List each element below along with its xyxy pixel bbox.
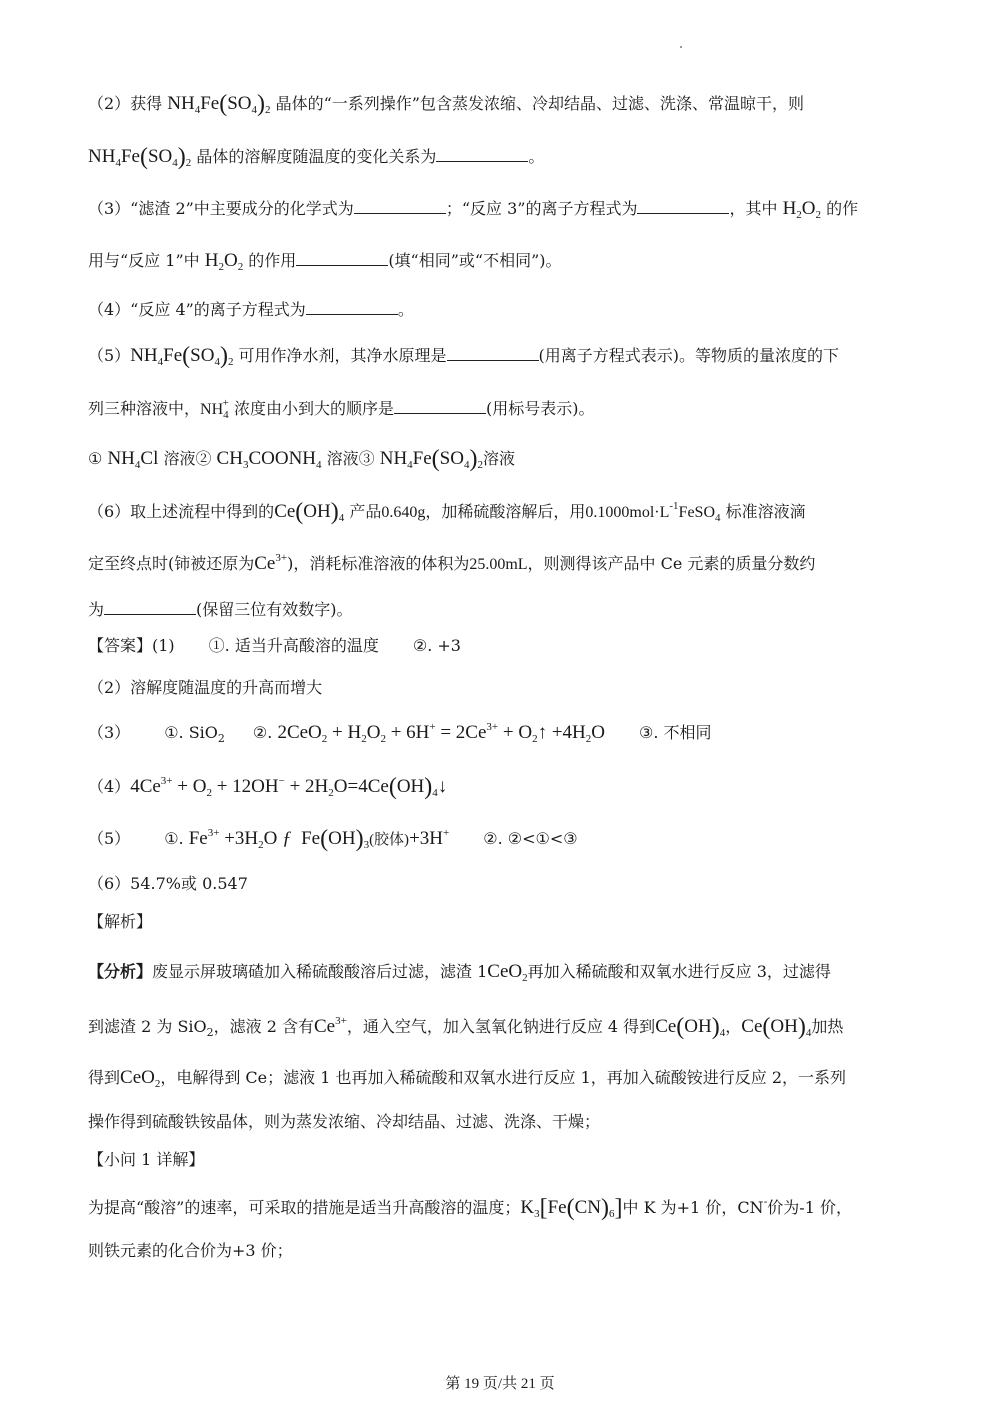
q5-line2-b: 浓度由小到大的顺序是: [234, 399, 394, 418]
q3-prefix: （3）“滤渣 2”中主要成分的化学式为: [88, 199, 354, 218]
formula-ce-oh-4: Ce(OH)4: [655, 1016, 725, 1037]
scan-artifact: [680, 46, 682, 48]
detail-1-header: 【小问 1 详解】: [88, 1152, 204, 1168]
answer-blank[interactable]: [436, 147, 528, 162]
detail-1-line-1: 为提高“酸溶”的速率，可采取的措施是适当升高酸溶的温度；K3[Fe(CN)6]中…: [88, 1196, 852, 1220]
question-6-line-3: 为(保留三位有效数字)。: [88, 600, 353, 618]
answer-1-part-2: ②. +3: [413, 636, 461, 655]
formula-h2o2: H2O2: [783, 198, 821, 219]
q3-mid-2: ，其中: [729, 199, 777, 218]
formula-nh4cl: NH4Cl: [107, 448, 158, 469]
formula-ch3coonh4: CH3COONH4: [217, 448, 322, 469]
detail-text: 则铁元素的化合价为+3 价；: [88, 1241, 293, 1260]
volume-value: 25.00mL: [469, 556, 527, 573]
analysis-line-3: 得到CeO2，电解得到 Ce；滤液 1 也再加入稀硫酸和双氧水进行反应 1，再加…: [88, 1068, 846, 1090]
q4-text: （4）“反应 4”的离子方程式为: [88, 300, 306, 319]
q5-prefix: （5）: [88, 346, 130, 365]
answer-1: 【答案】(1)①. 适当升高酸溶的温度②. +3: [88, 638, 461, 654]
formula-k3fe-cn-6: K3[Fe(CN)6]: [520, 1197, 622, 1218]
period: 。: [398, 300, 414, 319]
answer-blank[interactable]: [447, 346, 539, 361]
question-5-line-2: 列三种溶液中，NH4+ 浓度由小到大的顺序是(用标号表示)。: [88, 398, 594, 421]
analysis-line-1: 【分析】废显示屏玻璃碴加入稀硫酸酸溶后过滤，滤渣 1CeO2再加入稀硫酸和双氧水…: [88, 962, 831, 984]
q3-end-1: 的作: [826, 199, 858, 218]
concentration-value: 0.1000mol·L-1FeSO4: [585, 504, 720, 521]
period: 。: [528, 147, 544, 166]
analysis-text: ，滤液 2 含有: [214, 1017, 314, 1036]
formula-ce3plus: Ce3+: [254, 553, 287, 574]
q6-line2-a: 定至终点时(铈被还原为: [88, 554, 254, 573]
formula-nh4fe-so4-2: NH4Fe(SO4)2: [88, 146, 191, 167]
q6-prefix: （6）取上述流程中得到的: [88, 502, 274, 521]
analysis-text: 操作得到硫酸铁铵晶体，则为蒸发浓缩、冷却结晶、过滤、洗涤、干燥；: [88, 1112, 600, 1131]
answer-2-text: （2）溶解度随温度的升高而增大: [88, 678, 322, 697]
analysis-text: 加热: [811, 1017, 843, 1036]
detail-header-text: 【小问 1 详解】: [88, 1150, 204, 1169]
answer-6-text: （6）54.7%或 0.547: [88, 874, 248, 893]
analysis-text: ，电解得到 Ce；滤液 1 也再加入稀硫酸和双氧水进行反应 1，再加入硫酸铵进行…: [160, 1068, 846, 1087]
answer-label: 【答案】(1): [88, 636, 175, 655]
formula-nh4fe-so4-2: NH4Fe(SO4)2: [380, 448, 483, 469]
formula-nh4fe-so4-2: NH4Fe(SO4)2: [167, 93, 270, 114]
q6-line3-a: 为: [88, 600, 104, 619]
answer-3-part-3: ③. 不相同: [639, 723, 712, 742]
equation-reaction-4: 4Ce3+ + O2 + 12OH− + 2H2O=4Ce(OH)4↓: [130, 776, 447, 797]
question-5-line-1: （5）NH4Fe(SO4)2 可用作净水剂，其净水原理是(用离子方程式表示)。等…: [88, 344, 839, 368]
analysis-text: ，: [725, 1017, 741, 1036]
question-3-line-2: 用与“反应 1”中 H2O2 的作用(填“相同”或“不相同”)。: [88, 251, 562, 273]
question-2-line-2: NH4Fe(SO4)2 晶体的溶解度随温度的变化关系为。: [88, 145, 544, 169]
q6-line2-b: )，消耗标准溶液的体积为: [287, 554, 469, 573]
conc-text: 0.1000mol·L: [585, 504, 669, 521]
analysis-label: 【分析】: [88, 962, 152, 981]
answer-blank[interactable]: [354, 199, 446, 214]
q6-text: 标准溶液滴: [726, 502, 806, 521]
equation-hydrolysis: Fe3+ +3H2O ƒ Fe(OH)3(胶体)+3H+: [189, 828, 450, 849]
question-6-line-1: （6）取上述流程中得到的Ce(OH)4 产品0.640g，加稀硫酸溶解后，用0.…: [88, 500, 806, 524]
q3-line2-a: 用与“反应 1”中: [88, 251, 200, 270]
analysis-header-text: 【解析】: [88, 912, 152, 931]
formula-ce3plus: Ce3+: [314, 1016, 347, 1037]
equation-reaction-3: 2CeO2 + H2O2 + 6H+ = 2Ce3+ + O2↑ +4H2O: [277, 722, 605, 743]
question-4: （4）“反应 4”的离子方程式为。: [88, 300, 414, 318]
answer-3-part-1: ①. SiO: [164, 723, 218, 742]
q2-text-2: 晶体的溶解度随温度的变化关系为: [196, 147, 436, 166]
answer-3: （3）①. SiO2②. 2CeO2 + H2O2 + 6H+ = 2Ce3+ …: [88, 722, 712, 745]
detail-text: 中 K 为+1 价，CN: [623, 1198, 764, 1217]
option-label: 溶液: [483, 449, 515, 468]
formula-ceo2: CeO2: [487, 961, 527, 982]
answer-4-label: （4）: [88, 777, 130, 796]
analysis-text: ，通入空气，加入氢氧化钠进行反应 4 得到: [347, 1017, 655, 1036]
answer-blank[interactable]: [306, 300, 398, 315]
page-footer: 第 19 页/共 21 页: [0, 1372, 1000, 1393]
answer-2: （2）溶解度随温度的升高而增大: [88, 680, 322, 696]
q5-line2-a: 列三种溶液中，: [88, 399, 200, 418]
q5-text-1: 可用作净水剂，其净水原理是: [239, 346, 447, 365]
q5-text-2: (用离子方程式表示)。等物质的量浓度的下: [539, 346, 840, 365]
mass-value: 0.640g: [381, 504, 425, 521]
q6-line3-b: (保留三位有效数字)。: [196, 600, 353, 619]
analysis-text: 到滤渣 2 为 SiO: [88, 1017, 207, 1036]
answer-blank[interactable]: [637, 199, 729, 214]
q3-line2-c: (填“相同”或“不相同”)。: [388, 251, 561, 270]
q5-line2-c: (用标号表示)。: [486, 399, 595, 418]
answer-3-part-2: ②.: [253, 723, 272, 742]
detail-1-line-2: 则铁元素的化合价为+3 价；: [88, 1243, 293, 1259]
question-2-line-1: （2）获得 NH4Fe(SO4)2 晶体的“一系列操作”包含蒸发浓缩、冷却结晶、…: [88, 92, 804, 116]
question-5-options: ① NH4Cl 溶液② CH3COONH4 溶液③ NH4Fe(SO4)2溶液: [88, 447, 515, 471]
option-marker: ①: [88, 449, 102, 468]
answer-4: （4）4Ce3+ + O2 + 12OH− + 2H2O=4Ce(OH)4↓: [88, 775, 447, 799]
answer-5-label: （5）: [88, 829, 130, 848]
answer-6: （6）54.7%或 0.547: [88, 876, 248, 892]
formula-h2o2: H2O2: [205, 250, 243, 271]
answer-3-label: （3）: [88, 723, 130, 742]
analysis-header: 【解析】: [88, 914, 152, 930]
q2-prefix: （2）获得: [88, 94, 162, 113]
question-3-line-1: （3）“滤渣 2”中主要成分的化学式为；“反应 3”的离子方程式为，其中 H2O…: [88, 199, 858, 221]
answer-blank[interactable]: [104, 600, 196, 615]
answer-1-part-1: ①. 适当升高酸溶的温度: [209, 636, 379, 655]
analysis-text: 得到: [88, 1068, 120, 1087]
analysis-text: 再加入稀硫酸和双氧水进行反应 3，过滤得: [528, 962, 831, 981]
answer-blank[interactable]: [394, 399, 486, 414]
answer-5-part-2: ②. ②<①<③: [483, 829, 577, 848]
analysis-text: 废显示屏玻璃碴加入稀硫酸酸溶后过滤，滤渣 1: [152, 962, 487, 981]
formula-nh4fe-so4-2: NH4Fe(SO4)2: [130, 345, 233, 366]
question-6-line-2: 定至终点时(铈被还原为Ce3+)，消耗标准溶液的体积为25.00mL，则测得该产…: [88, 553, 815, 573]
answer-5-part-1: ①.: [164, 829, 183, 848]
formula-ce-oh-4: Ce(OH)4: [741, 1016, 811, 1037]
formula-ceo2: CeO2: [120, 1067, 160, 1088]
q6-line2-c: ，则测得该产品中 Ce 元素的质量分数约: [528, 554, 816, 573]
detail-text: 为提高“酸溶”的速率，可采取的措施是适当升高酸溶的温度；: [88, 1198, 520, 1217]
formula-nh4-plus: NH4+: [200, 401, 229, 418]
q6-text: ，加稀硫酸溶解后，用: [425, 502, 585, 521]
detail-text: 价为-1 价，: [767, 1198, 852, 1217]
answer-blank[interactable]: [296, 251, 388, 266]
q3-mid-1: ；“反应 3”的离子方程式为: [446, 199, 638, 218]
answer-5: （5）①. Fe3+ +3H2O ƒ Fe(OH)3(胶体)+3H+②. ②<①…: [88, 827, 578, 851]
q3-line2-b: 的作用: [248, 251, 296, 270]
formula-ce-oh-4: Ce(OH)4: [274, 501, 344, 522]
q2-text-1: 晶体的“一系列操作”包含蒸发浓缩、冷却结晶、过滤、洗涤、常温晾干，则: [276, 94, 804, 113]
analysis-line-4: 操作得到硫酸铁铵晶体，则为蒸发浓缩、冷却结晶、过滤、洗涤、干燥；: [88, 1114, 600, 1130]
option-label: 溶液②: [163, 449, 211, 468]
analysis-line-2: 到滤渣 2 为 SiO2，滤液 2 含有Ce3+，通入空气，加入氢氧化钠进行反应…: [88, 1015, 843, 1039]
option-label: 溶液③: [327, 449, 375, 468]
q6-text: 产品: [349, 502, 381, 521]
